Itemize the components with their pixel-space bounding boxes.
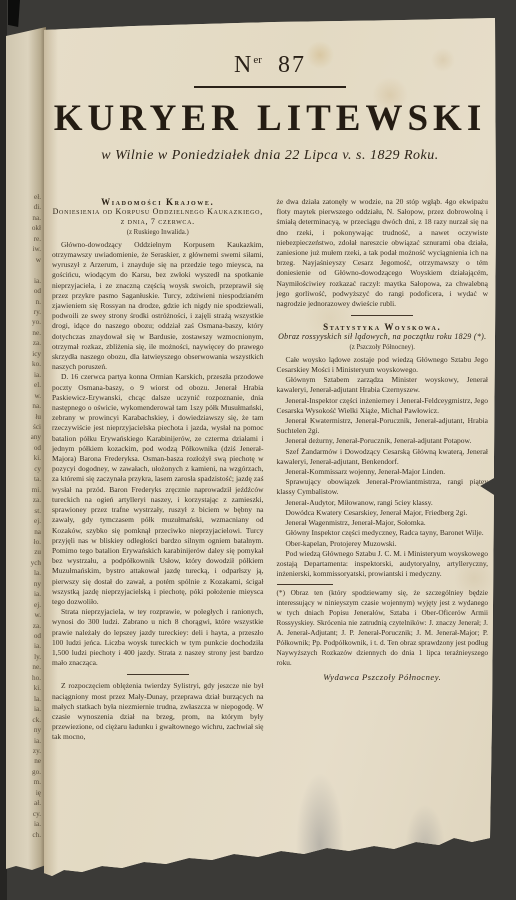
right-paragraph: Całe woysko lądowe zostaje pod wiedzą Gł… — [277, 355, 489, 375]
right-paragraph: Szef Żandarmów i Dowodzący Cesarską Głów… — [277, 447, 489, 467]
right-paragraph: Jenerał Wagenmistrz, Jenerał-Major, Soło… — [277, 518, 489, 528]
right-paragraph: Jenerał-Kommissarz wojenny, Jenerał-Majo… — [277, 467, 489, 477]
right-column: że dwa działa zatonęły w wodzie, na 20 s… — [277, 197, 489, 815]
publisher-line: Wydawca Pszczoły Północney. — [277, 672, 489, 682]
left-paragraph: Strata nieprzyjaciela, w tey rozprawie, … — [52, 607, 264, 668]
adjacent-page-edge: eł. di. na. okł re. iw. w ia. od n. ry. … — [6, 20, 46, 876]
issue-number: Ner87 — [44, 52, 496, 79]
footnote: (*) Obraz ten (który spodziewamy się, że… — [277, 588, 489, 668]
right-paragraph: Głównym Sztabem zarządza Minister woysko… — [277, 375, 489, 395]
right-paragraph: Główny Inspektor części medyczney, Radca… — [277, 528, 489, 538]
left-article-heading: Doniesienia od Korpusu Oddzielnego Kauka… — [52, 207, 264, 227]
right-section-heading: Statystyka Woyskowa. — [277, 322, 489, 332]
scanned-newspaper-scene: eł. di. na. okł re. iw. w ia. od n. ry. … — [0, 0, 516, 900]
left-column: Wiadomości Krajowe. Doniesienia od Korpu… — [52, 197, 264, 815]
issue-number-prefix: N — [234, 52, 253, 78]
footnote-rule — [277, 584, 333, 585]
right-paragraph: Sprawujący obowiązek Jenerał-Prowiantmis… — [277, 477, 489, 497]
left-paragraph: Z rozpoczęciem oblężenia twierdzy Sylist… — [52, 681, 264, 742]
right-paragraph: Jenerał Kwatermistrz, Jenerał-Porucznik,… — [277, 416, 489, 436]
right-article-heading: Obraz rossyyskich sił lądowych, na począ… — [277, 332, 489, 342]
left-section-heading: Wiadomości Krajowe. — [52, 197, 264, 207]
adjacent-page-text-fragments: eł. di. na. okł re. iw. w ia. od n. ry. … — [13, 192, 41, 842]
right-source-line: (z Pszczoły Północney). — [277, 343, 489, 353]
issue-number-value: 87 — [278, 52, 306, 78]
masthead: Ner87 KURYER LITEWSKI w Wilnie w Poniedz… — [44, 18, 496, 164]
right-paragraph: Jenerał deżurny, Jenerał-Porucznik, Jene… — [277, 436, 489, 446]
right-paragraph: Pod wiedzą Głównego Sztabu J. C. M. i Mi… — [277, 549, 489, 580]
left-paragraph: Główno-dowodzący Oddzielnym Korpusem Kau… — [52, 240, 264, 373]
article-columns: Wiadomości Krajowe. Doniesienia od Korpu… — [52, 197, 488, 815]
right-paragraph: Dowódca Kwatery Cesarskiey, Jenerał Majo… — [277, 508, 489, 518]
newspaper-page: Ner87 KURYER LITEWSKI w Wilnie w Poniedz… — [44, 18, 496, 876]
issue-number-superscript: er — [253, 54, 262, 66]
continuation-paragraph: że dwa działa zatonęły w wodzie, na 20 s… — [277, 197, 489, 309]
scan-background-edge — [0, 0, 7, 900]
newspaper-title: KURYER LITEWSKI — [44, 97, 496, 140]
section-separator-rule — [127, 674, 189, 675]
right-paragraph: Jenerał-Audytor, Miłowanow, rangi 5ciey … — [277, 498, 489, 508]
left-paragraph: D. 16 czerwca partya konna Ormian Karski… — [52, 372, 264, 607]
right-paragraph: Jenerał-Inspektor części inżenierney i J… — [277, 396, 489, 416]
left-source-line: (z Ruskiego Inwalida.) — [52, 228, 264, 238]
dateline: w Wilnie w Poniedziałek dnia 22 Lipca v.… — [44, 148, 496, 164]
masthead-rule — [194, 86, 346, 88]
bookmark-ribbon — [8, 0, 20, 27]
right-paragraph: Ober-kapelan, Protojerey Muzowski. — [277, 539, 489, 549]
section-separator-rule — [351, 315, 413, 316]
